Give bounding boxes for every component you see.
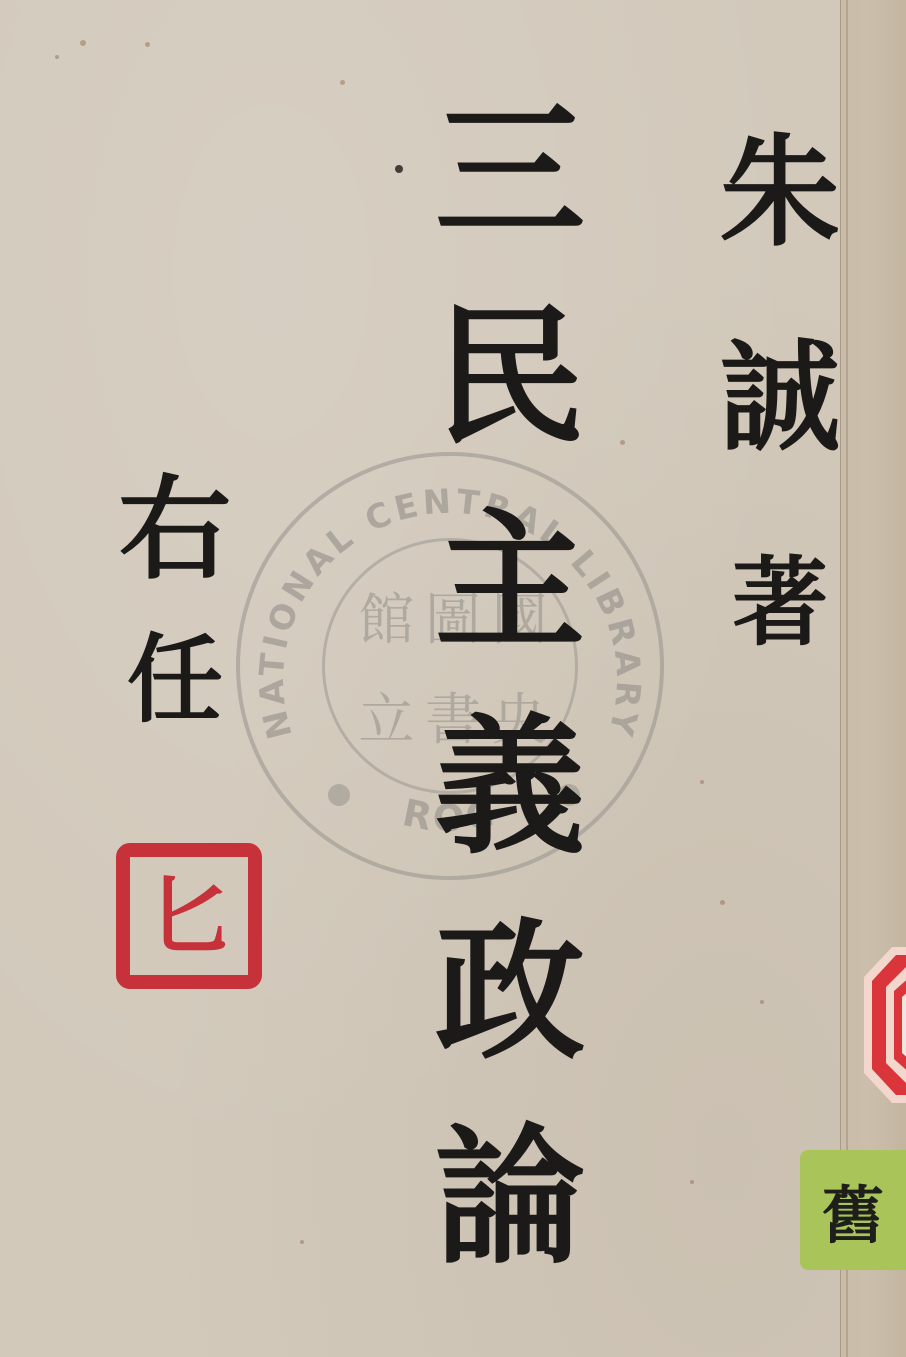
green-label-text: 舊	[822, 1166, 884, 1255]
green-catalog-label: 舊	[800, 1150, 906, 1270]
title-char: 論	[435, 1095, 585, 1300]
title-char: 政	[435, 890, 585, 1095]
paper-speck	[340, 80, 345, 85]
author-char: 誠	[720, 295, 840, 500]
book-title: 三 民 主 義 政 論	[390, 70, 630, 1300]
paper-speck	[300, 1240, 304, 1244]
title-char: 主	[435, 480, 585, 685]
red-seal-stamp: 匕	[116, 843, 262, 989]
seal-glyph: 匕	[147, 874, 231, 958]
paper-speck	[760, 1000, 764, 1004]
signature-char: 任	[127, 605, 223, 755]
title-char: 民	[435, 275, 585, 480]
book-cover: NATIONAL CENTRAL LIBRARY ROC 館 圖 國 立 書 央…	[0, 0, 906, 1357]
paper-speck	[80, 40, 86, 46]
author-char: 著	[732, 500, 828, 705]
stamp-dot	[328, 784, 350, 806]
signature-char: 右	[119, 455, 231, 605]
title-char: 三	[435, 70, 585, 275]
paper-speck	[700, 780, 704, 784]
paper-speck	[690, 1180, 694, 1184]
paper-speck	[55, 55, 59, 59]
paper-speck	[145, 42, 150, 47]
red-octagon-label	[862, 945, 906, 1105]
author-char: 朱	[720, 90, 840, 295]
author-byline: 朱 誠 著	[690, 90, 870, 705]
octagon-label-icon	[862, 945, 906, 1105]
calligrapher-signature: 右 任	[95, 455, 255, 755]
paper-speck	[720, 900, 725, 905]
title-char: 義	[435, 685, 585, 890]
